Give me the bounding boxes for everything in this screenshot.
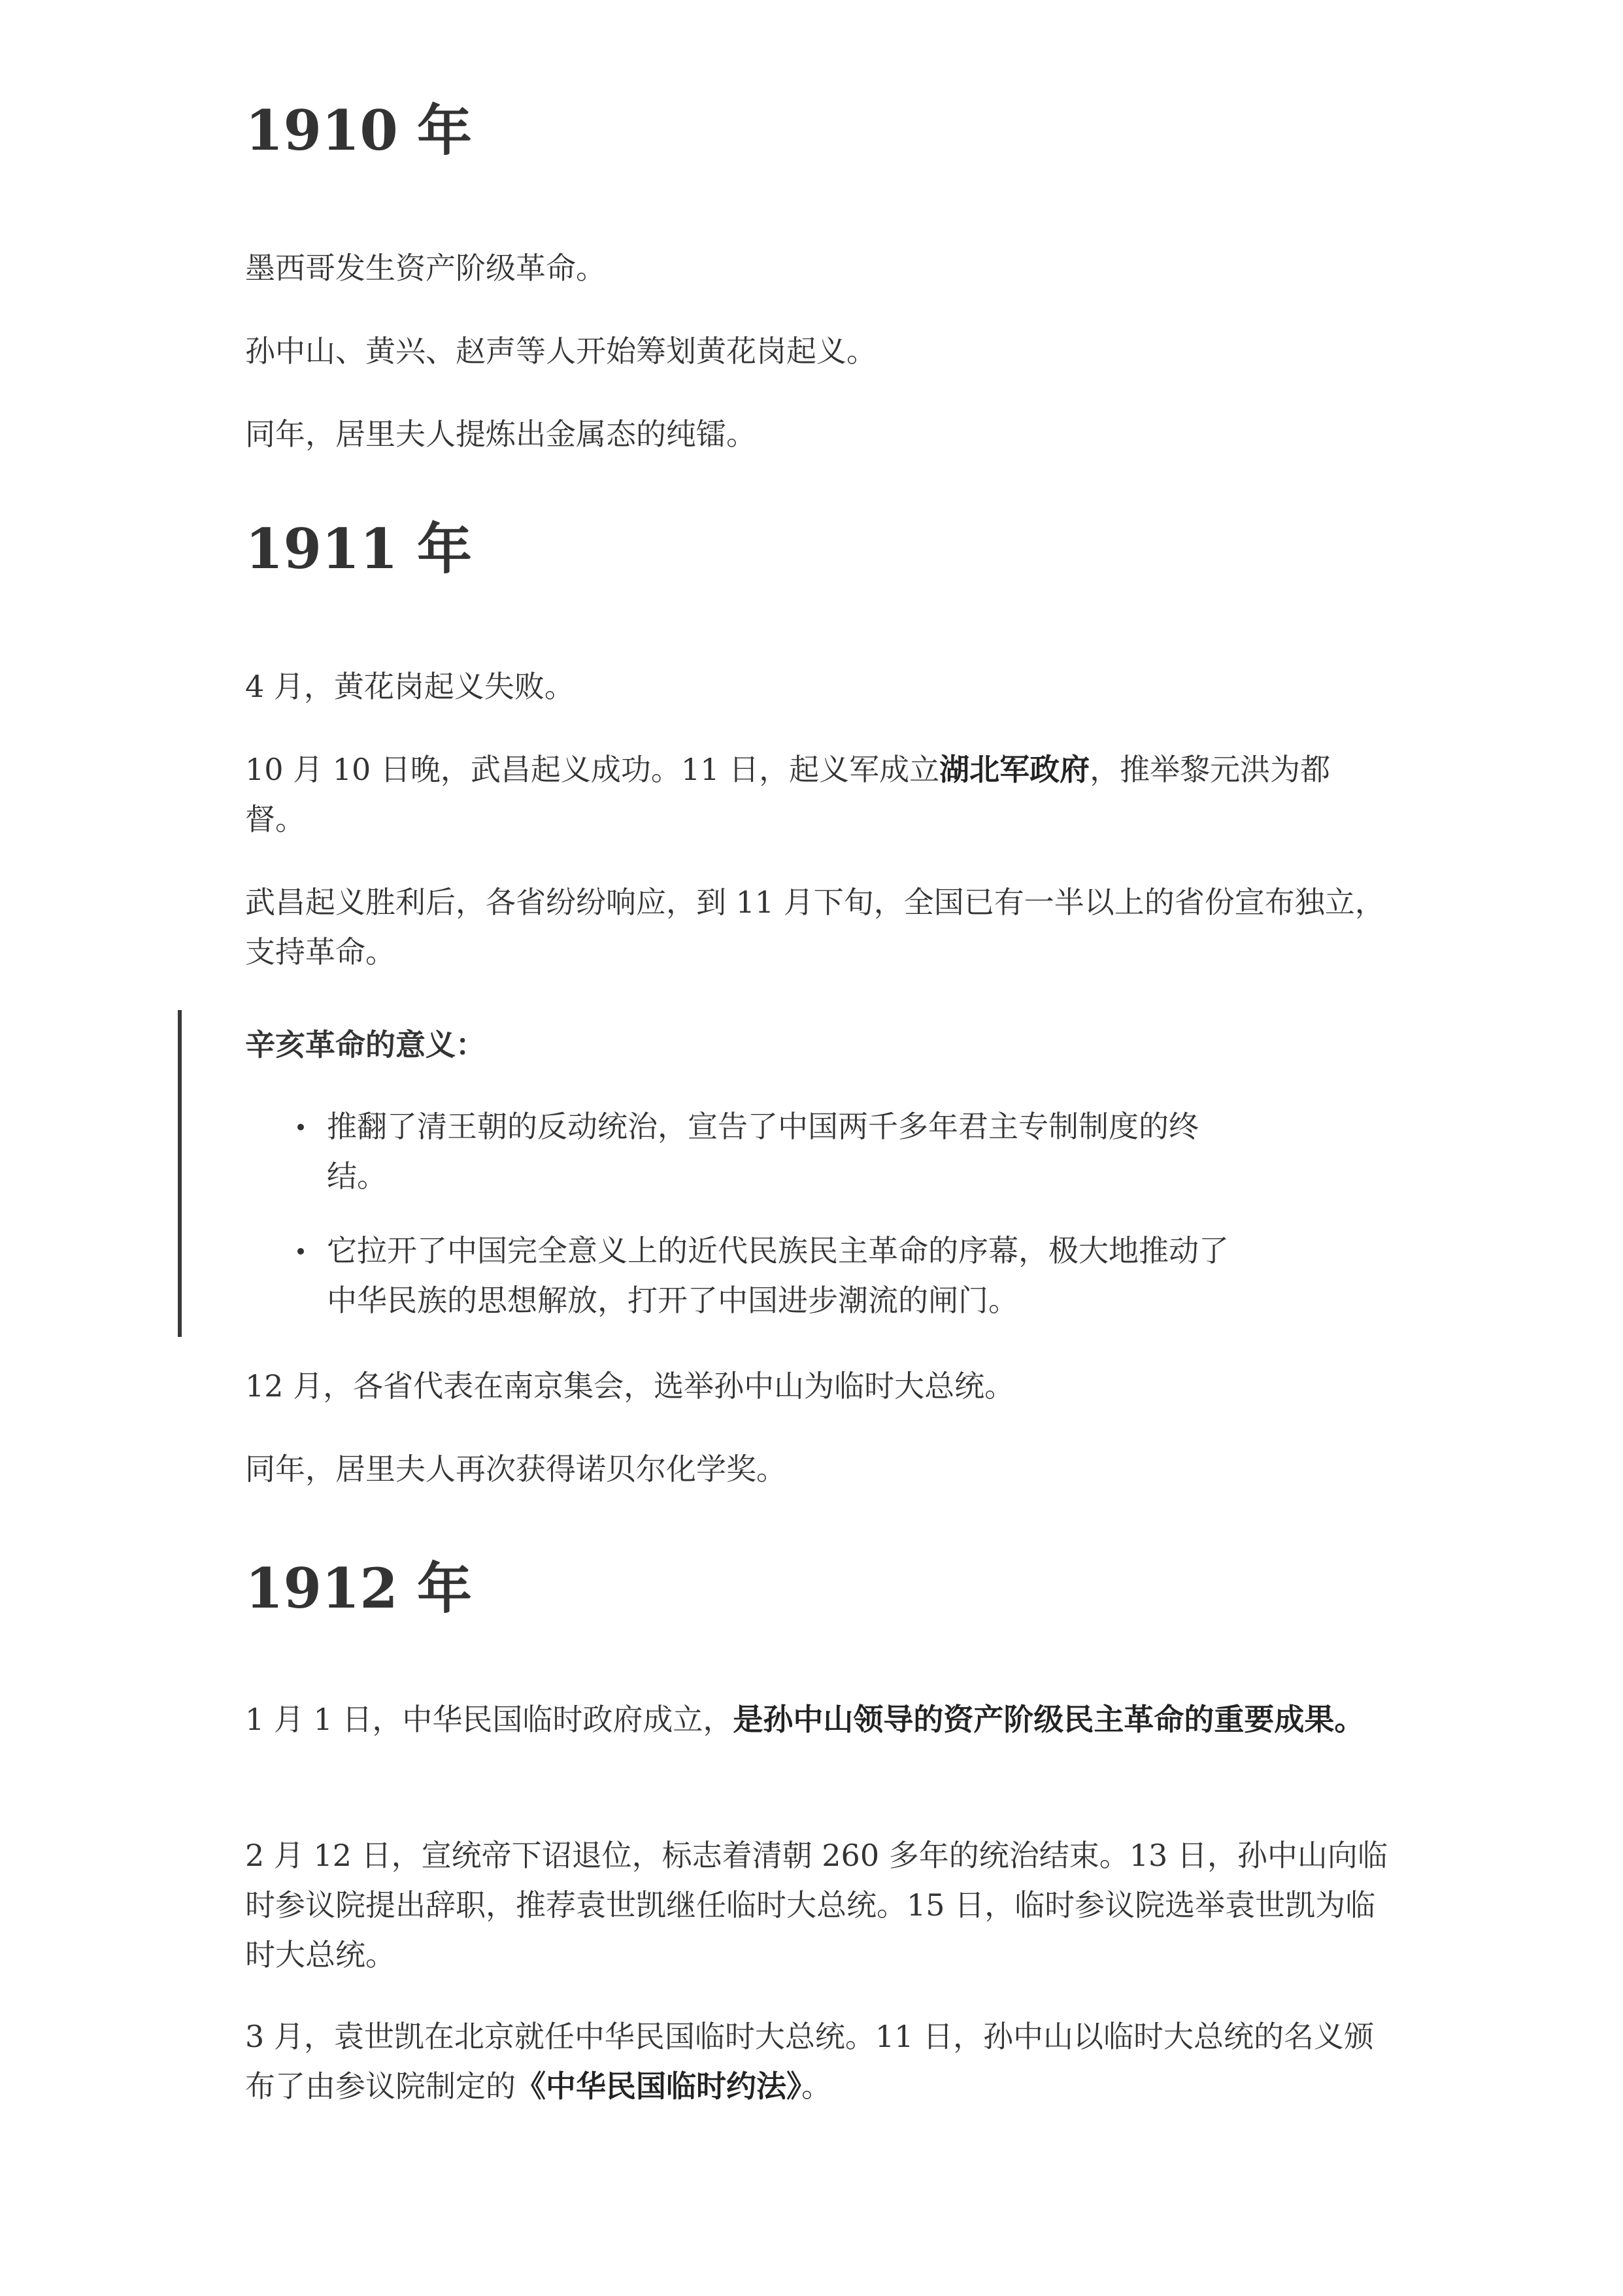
bullet-icon [297, 1248, 304, 1255]
paragraph-text: 。 [801, 2068, 831, 2104]
bold-text: 是孙中山领导的资产阶级民主革命的重要成果。 [733, 1702, 1364, 1737]
paragraph-text: 1 月 1 日，中华民国临时政府成立， [245, 1702, 733, 1737]
significance-list: 推翻了清王朝的反动统治，宣告了中国两千多年君主专制制度的终结。 它拉开了中国完全… [245, 1102, 1317, 1350]
paragraph: 3 月，袁世凯在北京就任中华民国临时大总统。11 日，孙中山以临时大总统的名义颁… [245, 2012, 1389, 2111]
paragraph: 1 月 1 日，中华民国临时政府成立，是孙中山领导的资产阶级民主革命的重要成果。 [245, 1695, 1389, 1744]
paragraph: 2 月 12 日，宣统帝下诏退位，标志着清朝 260 多年的统治结束。13 日，… [245, 1831, 1389, 1980]
section-heading-1910: 1910 年 [245, 98, 472, 163]
bold-text: 《中华民国临时约法》 [516, 2068, 801, 2104]
paragraph: 武昌起义胜利后，各省纷纷响应，到 11 月下旬，全国已有一半以上的省份宣布独立，… [245, 877, 1389, 977]
section-heading-1912: 1912 年 [245, 1556, 472, 1621]
list-item: 推翻了清王朝的反动统治，宣告了中国两千多年君主专制制度的终结。 [245, 1102, 1255, 1201]
paragraph: 同年，居里夫人再次获得诺贝尔化学奖。 [245, 1444, 1389, 1494]
paragraph: 孙中山、黄兴、赵声等人开始筹划黄花岗起义。 [245, 326, 1389, 376]
bullet-icon [297, 1124, 304, 1130]
blockquote-title: 辛亥革命的意义： [245, 1020, 486, 1070]
list-item-text: 推翻了清王朝的反动统治，宣告了中国两千多年君主专制制度的终结。 [327, 1109, 1199, 1194]
blockquote-border [178, 1010, 182, 1337]
paragraph-text: 10 月 10 日晚，武昌起义成功。11 日，起义军成立 [245, 752, 939, 787]
paragraph: 12 月，各省代表在南京集会，选举孙中山为临时大总统。 [245, 1361, 1389, 1411]
paragraph: 4 月，黄花岗起义失败。 [245, 662, 1389, 711]
section-heading-1911: 1911 年 [245, 516, 472, 582]
paragraph: 同年，居里夫人提炼出金属态的纯镭。 [245, 409, 1389, 459]
paragraph: 10 月 10 日晚，武昌起义成功。11 日，起义军成立湖北军政府，推举黎元洪为… [245, 745, 1389, 844]
paragraph: 墨西哥发生资产阶级革命。 [245, 243, 1389, 293]
list-item-text: 它拉开了中国完全意义上的近代民族民主革命的序幕，极大地推动了中华民族的思想解放，… [327, 1233, 1229, 1318]
bold-text: 湖北军政府 [939, 752, 1090, 787]
list-item: 它拉开了中国完全意义上的近代民族民主革命的序幕，极大地推动了中华民族的思想解放，… [245, 1226, 1255, 1325]
